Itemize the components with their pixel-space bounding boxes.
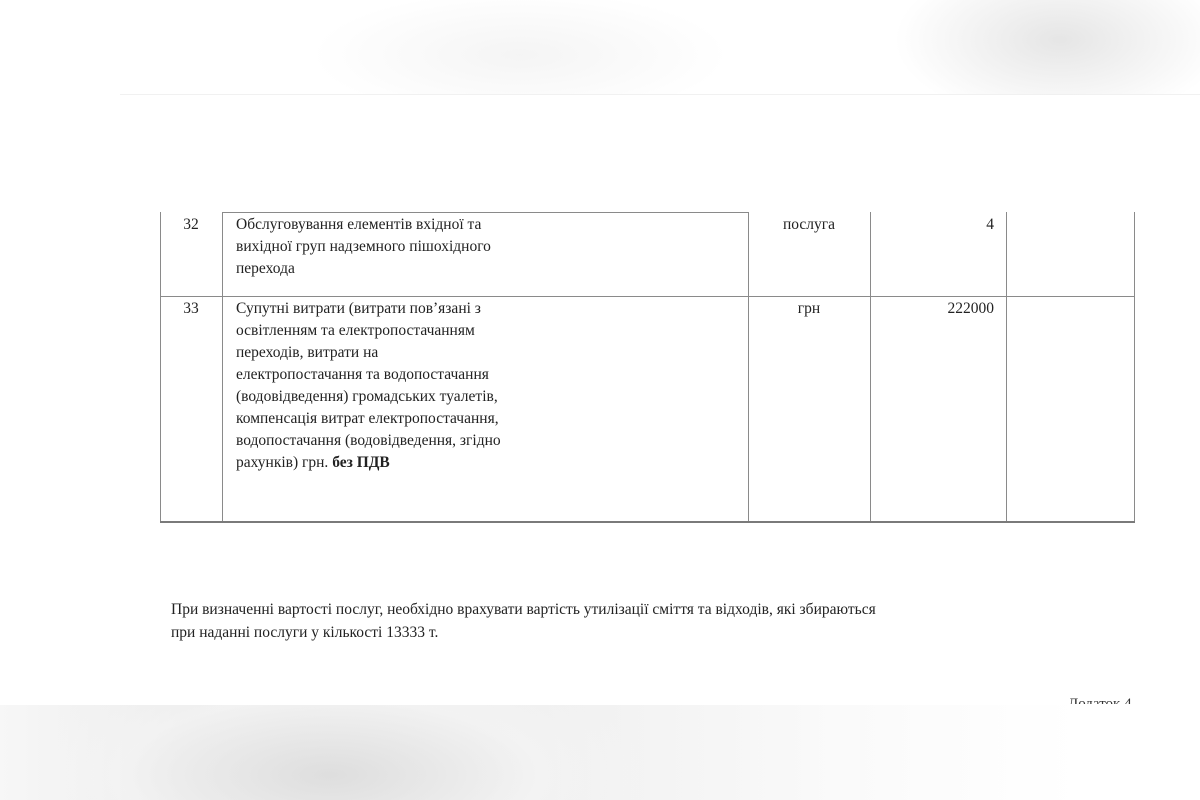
row-unit: грн — [748, 298, 870, 320]
disposal-note: При визначенні вартості послуг, необхідн… — [171, 598, 876, 644]
row-divider-32-33 — [160, 296, 1135, 297]
row-description-line: (водовідведення) громадських туалетів, — [236, 386, 498, 408]
row-description-line: вихідної груп надземного пішохідного — [236, 236, 491, 258]
table-col-divider-number — [222, 212, 223, 522]
row-unit: послуга — [748, 214, 870, 236]
table-border-right — [1134, 212, 1135, 522]
row-description-last-line: рахунків) грн. без ПДВ — [236, 452, 390, 474]
row-description-text: рахунків) грн. — [236, 454, 332, 471]
row-description-line: перехода — [236, 258, 295, 280]
appendix-label: Додаток 4 — [1068, 694, 1132, 704]
row-description-line: компенсація витрат електропостачання, — [236, 408, 499, 430]
row-32-top-border — [222, 212, 749, 213]
row-description-line: переходів, витрати на — [236, 342, 378, 364]
table-col-divider-description — [748, 212, 749, 522]
row-description-line: Обслуговування елементів вхідної та — [236, 214, 481, 236]
note-line: При визначенні вартості послуг, необхідн… — [171, 598, 876, 621]
row-description-line: водопостачання (водовідведення, згідно — [236, 430, 501, 452]
row-description-line: освітленням та електропостачанням — [236, 320, 475, 342]
row-description-line: електропостачання та водопостачання — [236, 364, 489, 386]
row-quantity: 4 — [870, 214, 994, 236]
document-viewport: 32 Обслуговування елементів вхідної та в… — [0, 0, 1200, 800]
row-number: 32 — [160, 214, 222, 236]
row-number: 33 — [160, 298, 222, 320]
services-table: 32 Обслуговування елементів вхідної та в… — [0, 0, 1200, 800]
table-bottom-border — [160, 521, 1135, 523]
vat-note-bold: без ПДВ — [332, 454, 390, 471]
table-col-divider-unit — [870, 212, 871, 522]
row-description-line: Супутні витрати (витрати пов’язані з — [236, 298, 481, 320]
table-col-divider-quantity — [1006, 212, 1007, 522]
note-line: при наданні послуги у кількості 13333 т. — [171, 621, 876, 644]
row-quantity: 222000 — [870, 298, 994, 320]
table-border-left — [160, 212, 161, 522]
